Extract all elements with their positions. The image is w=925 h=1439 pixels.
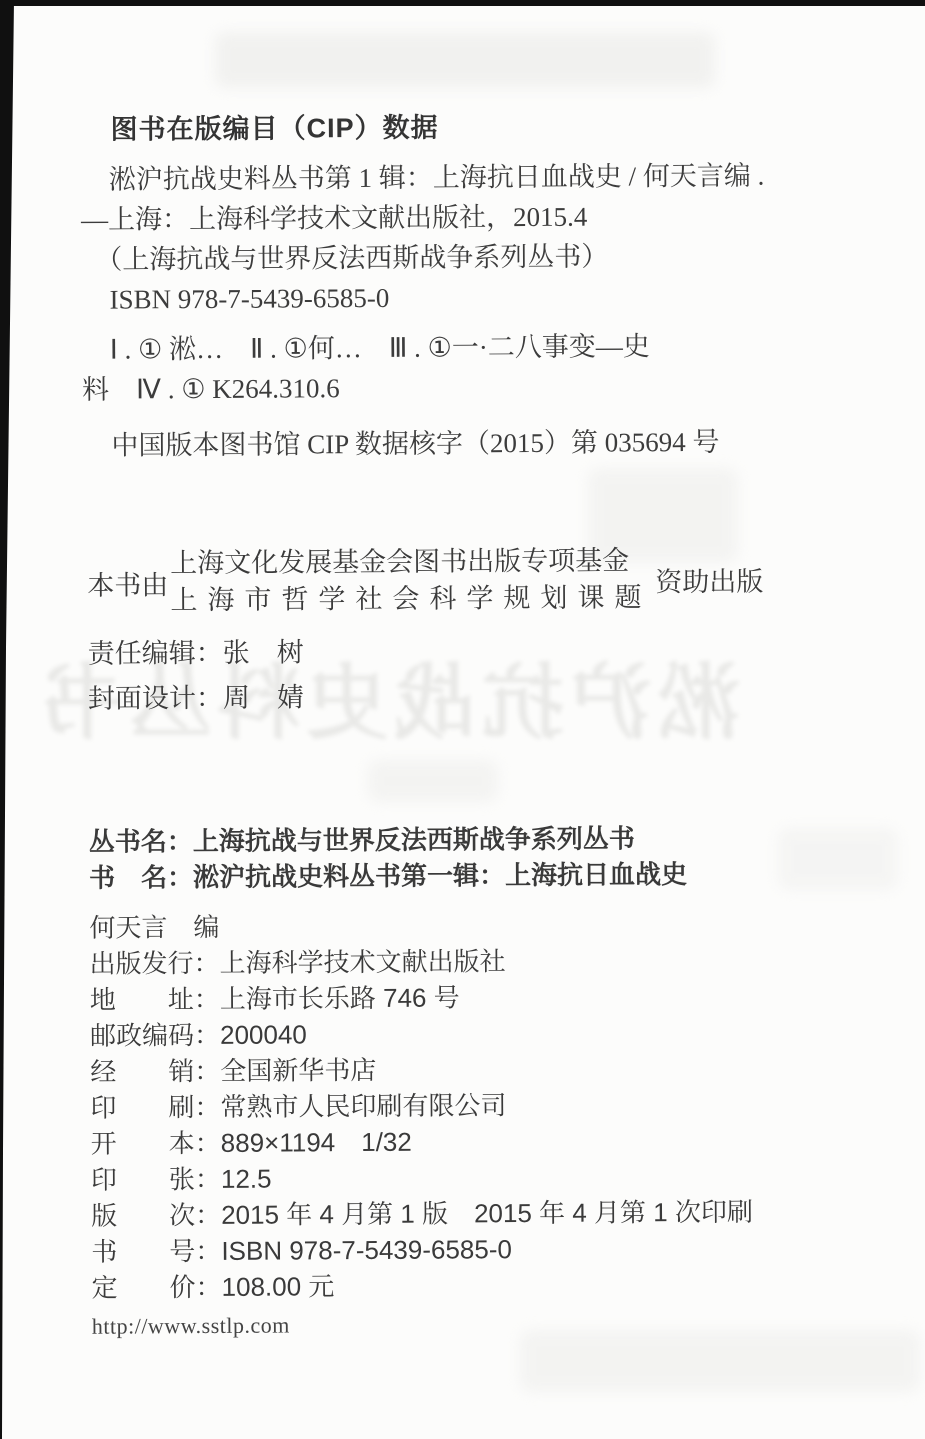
colophon-value: 2015 年 4 月第 1 版 2015 年 4 月第 1 次印刷	[221, 1197, 753, 1230]
colophon-row-address: 地 址：上海市长乐路 746 号	[90, 978, 752, 1018]
colophon-row-isbn: 书 号：ISBN 978-7-5439-6585-0	[91, 1230, 753, 1270]
colophon-row-edition: 版 次：2015 年 4 月第 1 版 2015 年 4 月第 1 次印刷	[91, 1194, 753, 1234]
colophon-label: 开 本：	[91, 1128, 221, 1159]
funding-sources: 上海文化发展基金会图书出版专项基金 上海市哲学社会科学规划课题	[170, 542, 651, 619]
cip-series-line: （上海抗战与世界反法西斯战争系列丛书）	[81, 235, 781, 279]
publisher-url: http://www.sstlp.com	[92, 1305, 754, 1345]
credit-label: 责任编辑：	[88, 638, 223, 669]
colophon-value: 全国新华书店	[220, 1055, 376, 1086]
colophon-label: 印 刷：	[90, 1092, 220, 1123]
credit-row-cover-designer: 封面设计：周 婧	[88, 675, 304, 721]
colophon-value: 上海科学技术文献出版社	[220, 946, 506, 978]
colophon-label: 丛书名：	[89, 826, 193, 857]
colophon-row-price: 定 价：108.00 元	[91, 1266, 753, 1306]
colophon-row-sheets: 印 张：12.5	[91, 1158, 753, 1198]
colophon-value: 12.5	[221, 1164, 272, 1194]
colophon-row-printer: 印 刷：常熟市人民印刷有限公司	[90, 1086, 752, 1126]
colophon-label: 邮政编码：	[90, 1020, 220, 1051]
funding-suffix: 资助出版	[655, 559, 763, 599]
colophon-value: 108.00 元	[222, 1271, 335, 1302]
colophon-label: 出版发行：	[90, 948, 220, 979]
colophon-block: 丛书名：上海抗战与世界反法西斯战争系列丛书 书 名：淞沪抗战史料丛书第一辑：上海…	[89, 820, 754, 1345]
cip-publisher-line: —上海：上海科学技术文献出版社，2015.4	[81, 195, 781, 239]
colophon-value: ISBN 978-7-5439-6585-0	[221, 1234, 512, 1266]
colophon-row-series-name: 丛书名：上海抗战与世界反法西斯战争系列丛书	[89, 820, 751, 860]
colophon-row-postcode: 邮政编码：200040	[90, 1014, 752, 1054]
colophon-label: 书 号：	[91, 1236, 221, 1267]
classification-line-2: 料 Ⅳ . ① K264.310.6	[82, 365, 802, 409]
cip-isbn-line: ISBN 978-7-5439-6585-0	[81, 275, 781, 319]
funding-source-1: 上海文化发展基金会图书出版专项基金	[170, 542, 651, 582]
colophon-value: 常熟市人民印刷有限公司	[220, 1090, 506, 1122]
colophon-row-distributor: 经 销：全国新华书店	[90, 1050, 752, 1090]
colophon-value: 淞沪抗战史料丛书第一辑：上海抗日血战史	[193, 859, 687, 892]
credit-value: 张 树	[223, 637, 304, 667]
cip-record-number: 中国版本图书馆 CIP 数据核字（2015）第 035694 号	[111, 420, 719, 463]
colophon-label: 地 址：	[90, 984, 220, 1015]
colophon-label: 印 张：	[91, 1164, 221, 1195]
colophon-editor-line: 何天言 编	[89, 906, 751, 946]
colophon-value: 889×1194 1/32	[221, 1127, 412, 1158]
colophon-value: 上海市长乐路 746 号	[220, 982, 460, 1013]
colophon-label: 版 次：	[91, 1200, 221, 1231]
credit-value: 周 婧	[223, 682, 304, 712]
page-content: 图书在版编目（CIP）数据 淞沪抗战史料丛书第 1 辑：上海抗日血战史 / 何天…	[0, 0, 925, 1439]
classification-line-1: Ⅰ . ① 淞… Ⅱ . ①何… Ⅲ . ①一·二八事变—史	[82, 325, 802, 369]
colophon-label: 定 价：	[91, 1272, 221, 1303]
funding-statement: 本书由 上海文化发展基金会图书出版专项基金 上海市哲学社会科学规划课题 资助出版	[87, 542, 763, 620]
colophon-value: 200040	[220, 1019, 307, 1050]
credit-label: 封面设计：	[88, 683, 223, 714]
funding-source-2: 上海市哲学社会科学规划课题	[170, 579, 651, 619]
colophon-row-publisher: 出版发行：上海科学技术文献出版社	[90, 942, 752, 982]
funding-prefix: 本书由	[87, 563, 168, 602]
cip-classification-block: Ⅰ . ① 淞… Ⅱ . ①何… Ⅲ . ①一·二八事变—史 料 Ⅳ . ① K…	[82, 325, 802, 409]
colophon-row-book-title: 书 名：淞沪抗战史料丛书第一辑：上海抗日血战史	[89, 856, 751, 896]
credits-block: 责任编辑：张 树 封面设计：周 婧	[88, 630, 305, 721]
cip-title-line: 淞沪抗战史料丛书第 1 辑：上海抗日血战史 / 何天言编 .	[81, 155, 781, 199]
credit-row-editor: 责任编辑：张 树	[88, 630, 304, 676]
cip-header: 图书在版编目（CIP）数据	[110, 106, 438, 147]
cip-catalog-block: 淞沪抗战史料丛书第 1 辑：上海抗日血战史 / 何天言编 . —上海：上海科学技…	[81, 155, 782, 319]
colophon-label: 经 销：	[90, 1056, 220, 1087]
colophon-value: 上海抗战与世界反法西斯战争系列丛书	[193, 823, 635, 856]
book-copyright-page: 淞沪抗战史料丛书 图书在版编目（CIP）数据 淞沪抗战史料丛书第 1 辑：上海抗…	[0, 0, 925, 1439]
colophon-row-format: 开 本：889×1194 1/32	[91, 1122, 753, 1162]
colophon-label: 书 名：	[89, 862, 193, 893]
